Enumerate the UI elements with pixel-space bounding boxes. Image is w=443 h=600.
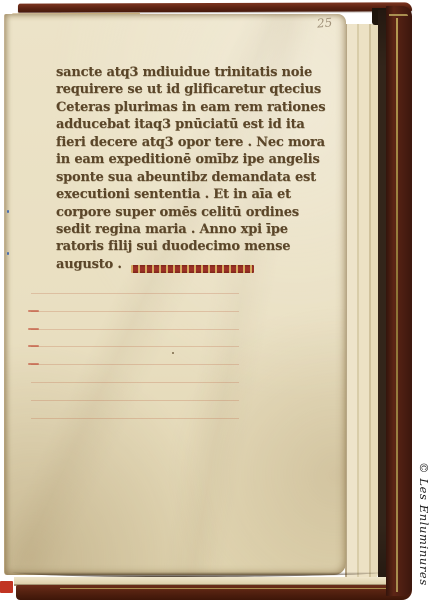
folio-number: 25 bbox=[316, 15, 332, 30]
manuscript-text-line: sedit regina maria . Anno xpi īpe bbox=[56, 221, 318, 238]
ruled-line bbox=[31, 329, 239, 330]
ink-speck bbox=[172, 352, 174, 354]
manuscript-text-line: adducebat itaq3 pnūciatū est id ita bbox=[56, 116, 318, 133]
gold-fillet-line bbox=[396, 18, 398, 592]
book-cover-bottom-edge bbox=[16, 585, 412, 600]
ruled-lines-area bbox=[31, 293, 239, 425]
red-bookmark-tip bbox=[0, 581, 13, 593]
manuscript-text-line: executioni sententia . Et in aīa et bbox=[56, 186, 318, 203]
ruling-tick-mark bbox=[28, 328, 39, 330]
ruled-line bbox=[31, 311, 239, 312]
ruled-line bbox=[31, 364, 239, 365]
ruled-line bbox=[31, 346, 239, 347]
manuscript-text-line: ratoris filij sui duodecimo mense bbox=[56, 238, 318, 255]
line-filler-ornament bbox=[131, 265, 254, 273]
manuscript-photo: 25 sancte atq3 mdiuidue trinitatis noie … bbox=[0, 0, 443, 600]
blue-speck bbox=[7, 252, 9, 255]
manuscript-text-line: in eam expeditionē omībz ipe angelis bbox=[56, 151, 318, 168]
gold-fillet-line-bottom bbox=[60, 588, 392, 590]
ruled-line bbox=[31, 293, 239, 294]
blue-speck bbox=[7, 210, 9, 213]
manuscript-text-line: requirere se ut id glificaretur qtecius bbox=[56, 81, 318, 98]
ruling-tick-mark bbox=[28, 310, 39, 312]
manuscript-text-line: corpore super omēs celitū ordines bbox=[56, 204, 318, 221]
manuscript-text-line: sponte sua abeuntibz demandata est bbox=[56, 169, 318, 186]
ruled-line bbox=[31, 418, 239, 419]
fore-edge-page-stack bbox=[345, 24, 378, 578]
ruled-line bbox=[31, 400, 239, 401]
ruling-tick-mark bbox=[28, 363, 39, 365]
book-cover-top-edge bbox=[18, 2, 412, 12]
photo-credit: © Les Enluminures bbox=[416, 462, 431, 598]
page-cover-gap-shadow bbox=[378, 10, 386, 582]
manuscript-text-line: Ceteras plurimas in eam rem rationes bbox=[56, 99, 318, 116]
book-cover-right-edge bbox=[386, 6, 412, 596]
text-block: sancte atq3 mdiuidue trinitatis noie req… bbox=[56, 64, 318, 273]
manuscript-page: 25 sancte atq3 mdiuidue trinitatis noie … bbox=[4, 14, 346, 575]
gold-fillet-line-top bbox=[389, 14, 408, 16]
manuscript-text-line: fieri decere atq3 opor tere . Nec mora bbox=[56, 134, 318, 151]
manuscript-text-line: sancte atq3 mdiuidue trinitatis noie bbox=[56, 64, 318, 81]
ruled-line bbox=[31, 382, 239, 383]
